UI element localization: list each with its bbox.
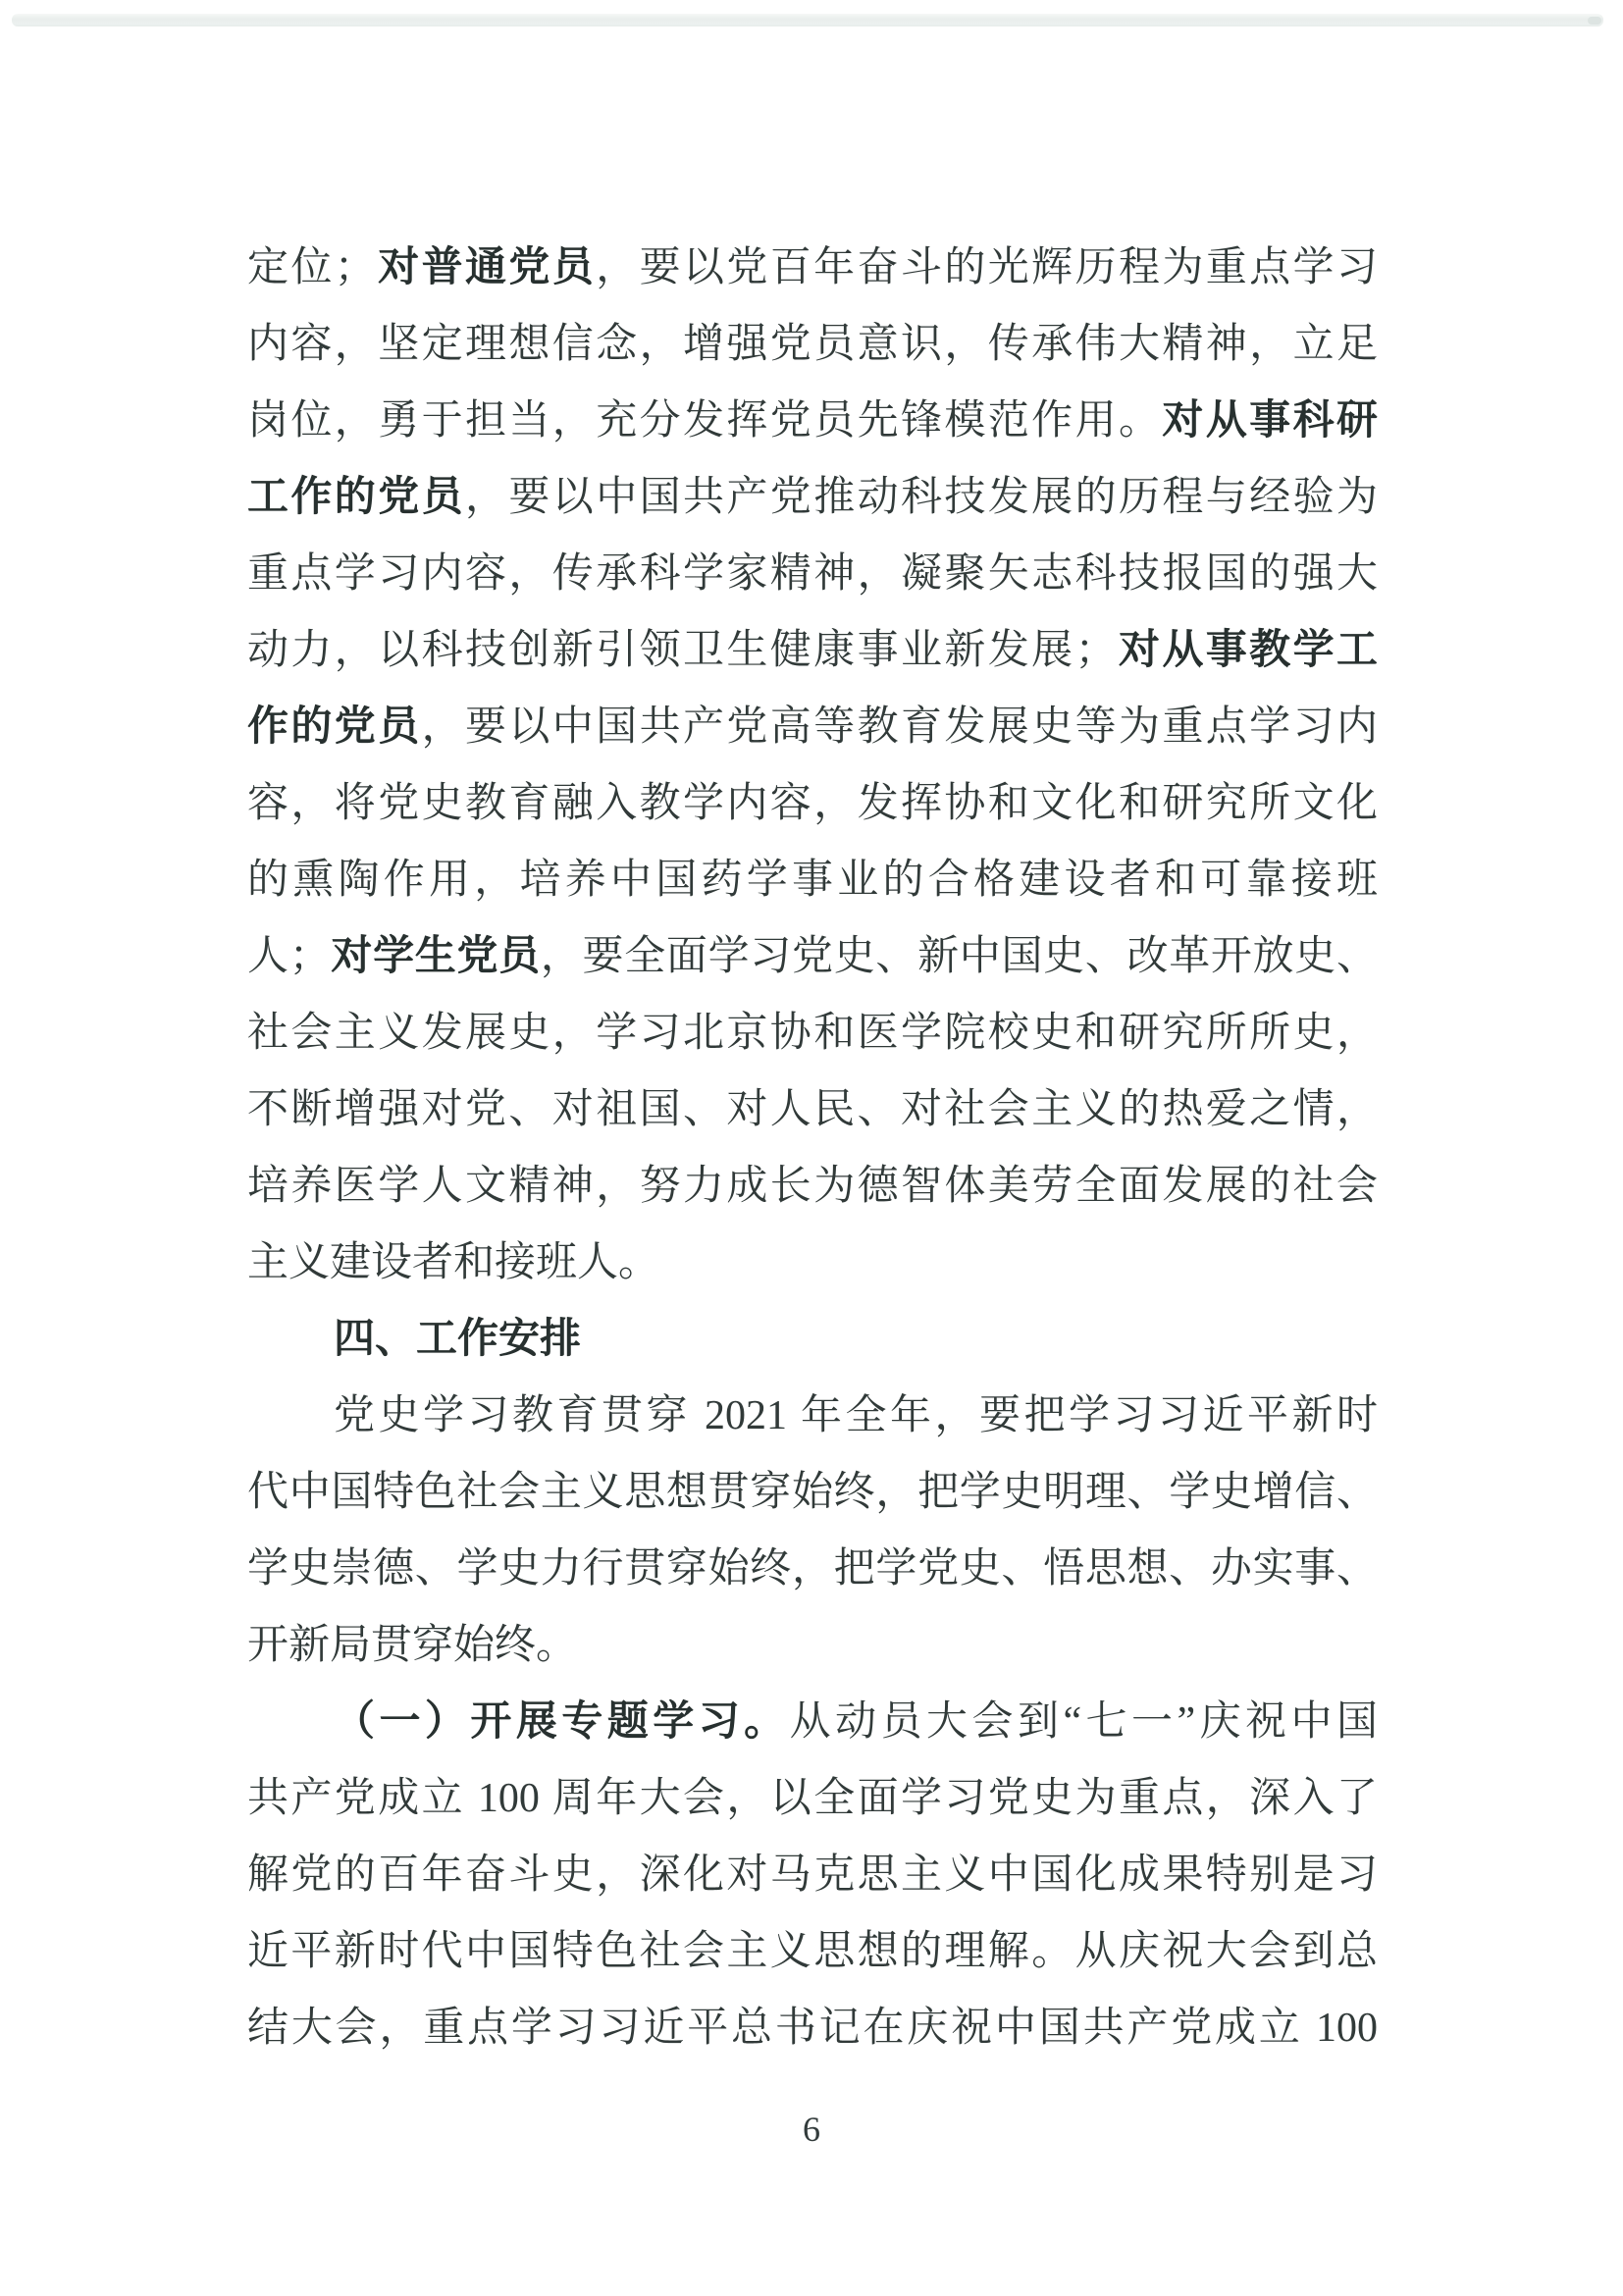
text-segment: 社会主义发展史，学习北京协和医学院校史和研究所所史， (247, 1011, 1378, 1056)
text-line: 共产党成立 100 周年大会，以全面学习党史为重点，深入了 (247, 1760, 1378, 1837)
text-segment: 近平新时代中国特色社会主义思想的理解。从庆祝大会到总 (247, 1929, 1378, 1974)
bold-text-segment: 对普通党员 (376, 245, 596, 290)
text-segment: ，要全面学习党史、新中国史、改革开放史、 (541, 934, 1378, 979)
bold-text-segment: 作的党员 (247, 704, 422, 750)
text-line: 内容，坚定理想信念，增强党员意识，传承伟大精神，立足 (247, 306, 1378, 383)
text-segment: 岗位，勇于担当，充分发挥党员先锋模范作用。 (247, 398, 1162, 444)
text-line: 主义建设者和接班人。 (247, 1225, 1378, 1301)
text-line: 岗位，勇于担当，充分发挥党员先锋模范作用。对从事科研 (247, 383, 1378, 459)
text-segment: ，要以党百年奋斗的光辉历程为重点学习 (596, 245, 1378, 290)
document-body: 定位；对普通党员，要以党百年奋斗的光辉历程为重点学习内容，坚定理想信念，增强党员… (247, 230, 1378, 2066)
text-segment: 共产党成立 100 周年大会，以全面学习党史为重点，深入了 (247, 1776, 1378, 1821)
text-line: 学史崇德、学史力行贯穿始终，把学党史、悟思想、办实事、 (247, 1531, 1378, 1607)
text-segment: 党史学习教育贯穿 2021 年全年，要把学习习近平新时 (334, 1393, 1378, 1438)
bold-text-segment: 四、工作安排 (334, 1317, 581, 1362)
text-segment: 内容，坚定理想信念，增强党员意识，传承伟大精神，立足 (247, 322, 1378, 367)
text-segment: 学史崇德、学史力行贯穿始终，把学党史、悟思想、办实事、 (247, 1546, 1378, 1592)
text-line: 代中国特色社会主义思想贯穿始终，把学史明理、学史增信、 (247, 1454, 1378, 1531)
text-line: 开新局贯穿始终。 (247, 1607, 1378, 1684)
text-segment: 开新局贯穿始终。 (247, 1623, 577, 1668)
text-segment: 重点学习内容，传承科学家精神，凝聚矢志科技报国的强大 (247, 551, 1378, 597)
text-line: 四、工作安排 (247, 1301, 1378, 1378)
page-footer: 6 (0, 2110, 1623, 2149)
scan-artifact-band (12, 14, 1603, 26)
text-segment: ，要以中国共产党高等教育发展史等为重点学习内 (422, 704, 1378, 750)
text-line: 重点学习内容，传承科学家精神，凝聚矢志科技报国的强大 (247, 536, 1378, 612)
text-segment: 结大会，重点学习习近平总书记在庆祝中国共产党成立 100 (247, 2006, 1378, 2051)
text-segment: 定位； (247, 245, 376, 290)
text-line: 容，将党史教育融入教学内容，发挥协和文化和研究所文化 (247, 765, 1378, 842)
text-segment: 的熏陶作用，培养中国药学事业的合格建设者和可靠接班 (247, 858, 1378, 903)
text-line: 解党的百年奋斗史，深化对马克思主义中国化成果特别是习 (247, 1837, 1378, 1913)
text-segment: 容，将党史教育融入教学内容，发挥协和文化和研究所文化 (247, 781, 1378, 826)
text-segment: ，要以中国共产党推动科技发展的历程与经验为 (465, 475, 1378, 520)
text-line: 近平新时代中国特色社会主义思想的理解。从庆祝大会到总 (247, 1913, 1378, 1990)
text-segment: 培养医学人文精神，努力成长为德智体美劳全面发展的社会 (247, 1164, 1378, 1209)
text-segment: 不断增强对党、对祖国、对人民、对社会主义的热爱之情， (247, 1087, 1378, 1132)
text-segment: 主义建设者和接班人。 (247, 1240, 659, 1285)
text-line: （一）开展专题学习。从动员大会到“七一”庆祝中国 (247, 1684, 1378, 1760)
bold-text-segment: 对从事教学工 (1117, 628, 1378, 673)
text-line: 的熏陶作用，培养中国药学事业的合格建设者和可靠接班 (247, 842, 1378, 918)
text-line: 结大会，重点学习习近平总书记在庆祝中国共产党成立 100 (247, 1990, 1378, 2066)
text-line: 动力，以科技创新引领卫生健康事业新发展；对从事教学工 (247, 612, 1378, 689)
bold-text-segment: （一）开展专题学习。 (334, 1699, 790, 1745)
text-line: 人；对学生党员，要全面学习党史、新中国史、改革开放史、 (247, 918, 1378, 995)
bold-text-segment: 对从事科研 (1162, 398, 1378, 444)
text-line: 党史学习教育贯穿 2021 年全年，要把学习习近平新时 (247, 1378, 1378, 1454)
text-segment: 解党的百年奋斗史，深化对马克思主义中国化成果特别是习 (247, 1852, 1378, 1898)
text-line: 定位；对普通党员，要以党百年奋斗的光辉历程为重点学习 (247, 230, 1378, 306)
bold-text-segment: 工作的党员 (247, 475, 465, 520)
text-segment: 从动员大会到“七一”庆祝中国 (790, 1699, 1378, 1745)
text-line: 不断增强对党、对祖国、对人民、对社会主义的热爱之情， (247, 1071, 1378, 1148)
text-segment: 人； (247, 934, 331, 979)
text-segment: 代中国特色社会主义思想贯穿始终，把学史明理、学史增信、 (247, 1470, 1378, 1515)
text-line: 培养医学人文精神，努力成长为德智体美劳全面发展的社会 (247, 1148, 1378, 1225)
text-segment: 动力，以科技创新引领卫生健康事业新发展； (247, 628, 1117, 673)
text-line: 工作的党员，要以中国共产党推动科技发展的历程与经验为 (247, 459, 1378, 536)
page-number: 6 (803, 2110, 820, 2149)
text-line: 作的党员，要以中国共产党高等教育发展史等为重点学习内 (247, 689, 1378, 765)
text-line: 社会主义发展史，学习北京协和医学院校史和研究所所史， (247, 995, 1378, 1071)
bold-text-segment: 对学生党员 (331, 934, 541, 979)
